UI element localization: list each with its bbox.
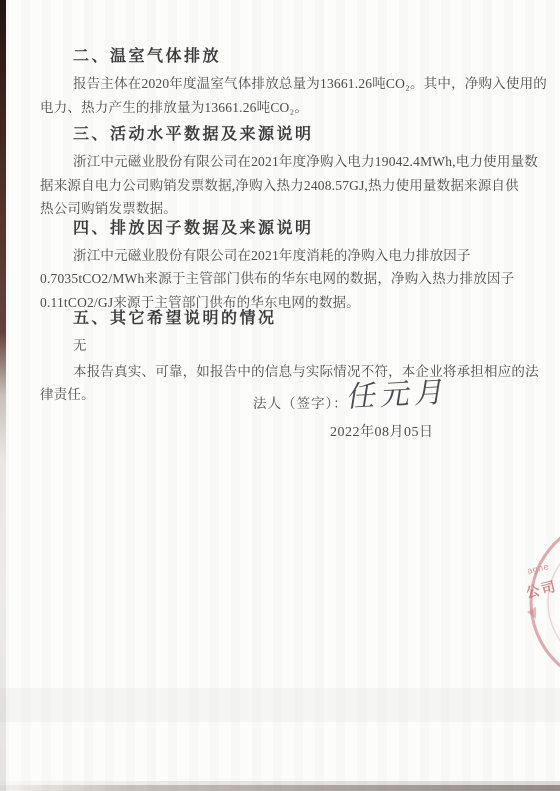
section-heading: 二、温室气体排放 [40,44,524,70]
paragraph-line: 电力、热力产生的排放量为13661.26吨CO₂。 [40,96,524,120]
scan-band-artifact [0,688,560,722]
seal-latin-text: agne [527,561,550,576]
section-activity-data: 三、活动水平数据及来源说明 浙江中元磁业股份有限公司在2021年度净购入电力19… [40,122,524,221]
paragraph: 浙江中元磁业股份有限公司在2021年度净购入电力19042.4MWh,电力使用量… [40,150,524,221]
paragraph-line: 浙江中元磁业股份有限公司在2021年度净购入电力19042.4MWh,电力使用量… [40,150,524,174]
seal-graphic: agne 公司 [527,536,560,674]
paragraph-line: 无 [40,334,524,358]
section-heading: 四、排放因子数据及来源说明 [40,216,524,242]
paragraph-line: 报告主体在2020年度温室气体排放总量为13661.26吨CO₂。其中，净购入使… [40,72,524,96]
seal-cjk-text: 公司 [527,578,559,602]
paragraph-line: 0.7035tCO2/MWh来源于主管部门供布的华东电网的数据，净购入热力排放因… [40,267,524,291]
section-ghg-emissions: 二、温室气体排放 报告主体在2020年度温室气体排放总量为13661.26吨CO… [40,44,524,119]
company-seal: agne 公司 [527,536,560,674]
signature-handwriting: 任元月 [345,369,453,416]
section-heading: 三、活动水平数据及来源说明 [40,122,524,148]
document-body: 二、温室气体排放 报告主体在2020年度温室气体排放总量为13661.26吨CO… [40,40,524,407]
paragraph: 报告主体在2020年度温室气体排放总量为13661.26吨CO₂。其中，净购入使… [40,72,524,119]
signature-date: 2022年08月05日 [330,421,434,441]
section-emission-factors: 四、排放因子数据及来源说明 浙江中元磁业股份有限公司在2021年度消耗的净购入电… [40,216,524,315]
scan-edge-left [0,0,6,791]
signature-label: 法人（签字）： [253,392,348,412]
report-page: 二、温室气体排放 报告主体在2020年度温室气体排放总量为13661.26吨CO… [0,0,560,791]
paragraph-line: 浙江中元磁业股份有限公司在2021年度消耗的净购入电力排放因子 [40,244,524,268]
paragraph: 无 [40,334,524,358]
seal-star-tip [527,607,536,619]
scan-edge-bottom [0,785,560,791]
paragraph: 浙江中元磁业股份有限公司在2021年度消耗的净购入电力排放因子 0.7035tC… [40,244,524,315]
paragraph-line: 据来源自电力公司购销发票数据,净购入热力2408.57GJ,热力使用量数据来源自… [40,174,524,198]
